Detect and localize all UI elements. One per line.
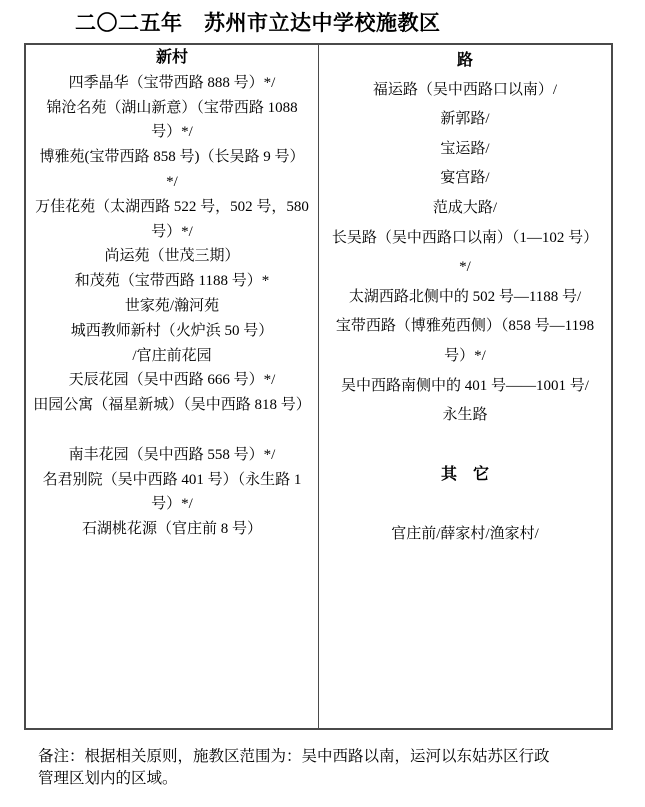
road-line [319,431,611,461]
estate-line: 博雅苑(宝带西路 858 号)（长吴路 9 号） [26,145,318,170]
estate-line: 天辰花园（吴中西路 666 号）*/ [26,368,318,393]
estate-line: 石湖桃花源（官庄前 8 号） [26,517,318,542]
road-line: */ [319,253,611,283]
road-line: 新郭路/ [319,105,611,135]
other-list: 官庄前/薛家村/渔家村/ [319,490,611,549]
other-line: 官庄前/薛家村/渔家村/ [319,520,611,550]
road-line: 福运路（吴中西路口以南）/ [319,76,611,106]
estate-line: 号）*/ [26,220,318,245]
road-line: 吴中西路南侧中的 401 号——1001 号/ [319,372,611,402]
district-table: 新村 四季晶华（宝带西路 888 号）*/锦沧名苑（湖山新意）（宝带西路 108… [24,43,613,730]
road-line: 长吴路（吴中西路口以南）（1—102 号） [319,224,611,254]
other-line [319,490,611,520]
estate-line: 名君别院（吴中西路 401 号）（永生路 1 [26,468,318,493]
road-line: 宴宫路/ [319,164,611,194]
estate-line: 尚运苑（世茂三期） [26,244,318,269]
estate-line: /官庄前花园 [26,344,318,369]
estate-line: 和茂苑（宝带西路 1188 号）* [26,269,318,294]
note-line: 备注：根据相关原则，施教区范围为：吴中西路以南，运河以东姑苏区行政 [38,746,623,768]
other-section-header: 其 它 [319,460,611,490]
road-list: 福运路（吴中西路口以南）/新郭路/宝运路/宴宫路/范成大路/长吴路（吴中西路口以… [319,76,611,461]
estate-line: 世家苑/瀚河苑 [26,294,318,319]
page-title: 二〇二五年 苏州市立达中学校施教区 [75,7,441,37]
xincun-list: 四季晶华（宝带西路 888 号）*/锦沧名苑（湖山新意）（宝带西路 1088号）… [26,71,318,542]
road-line: 范成大路/ [319,194,611,224]
road-line: 太湖西路北侧中的 502 号—1188 号/ [319,283,611,313]
xincun-column-header: 新村 [26,46,318,71]
estate-line: 万佳花苑（太湖西路 522 号，502 号，580 [26,195,318,220]
note-line: 管理区划内的区域。 [38,768,623,790]
estate-line: 锦沧名苑（湖山新意）（宝带西路 1088 [26,96,318,121]
road-line: 宝带西路（博雅苑西侧）（858 号—1198 [319,312,611,342]
road-line: 永生路 [319,401,611,431]
estate-line: 南丰花园（吴中西路 558 号）*/ [26,443,318,468]
road-column: 路 福运路（吴中西路口以南）/新郭路/宝运路/宴宫路/范成大路/长吴路（吴中西路… [319,45,611,728]
estate-line: 田园公寓（福星新城）（吴中西路 818 号） [26,393,318,418]
road-column-header: 路 [319,46,611,76]
estate-line: 号）*/ [26,120,318,145]
estate-line: 号）*/ [26,492,318,517]
note: 备注：根据相关原则，施教区范围为：吴中西路以南，运河以东姑苏区行政管理区划内的区… [38,746,623,790]
xincun-column: 新村 四季晶华（宝带西路 888 号）*/锦沧名苑（湖山新意）（宝带西路 108… [26,45,319,728]
road-line: 号）*/ [319,342,611,372]
estate-line [26,418,318,443]
road-line: 宝运路/ [319,135,611,165]
estate-line: 四季晶华（宝带西路 888 号）*/ [26,71,318,96]
estate-line: 城西教师新村（火炉浜 50 号） [26,319,318,344]
estate-line: */ [26,170,318,195]
